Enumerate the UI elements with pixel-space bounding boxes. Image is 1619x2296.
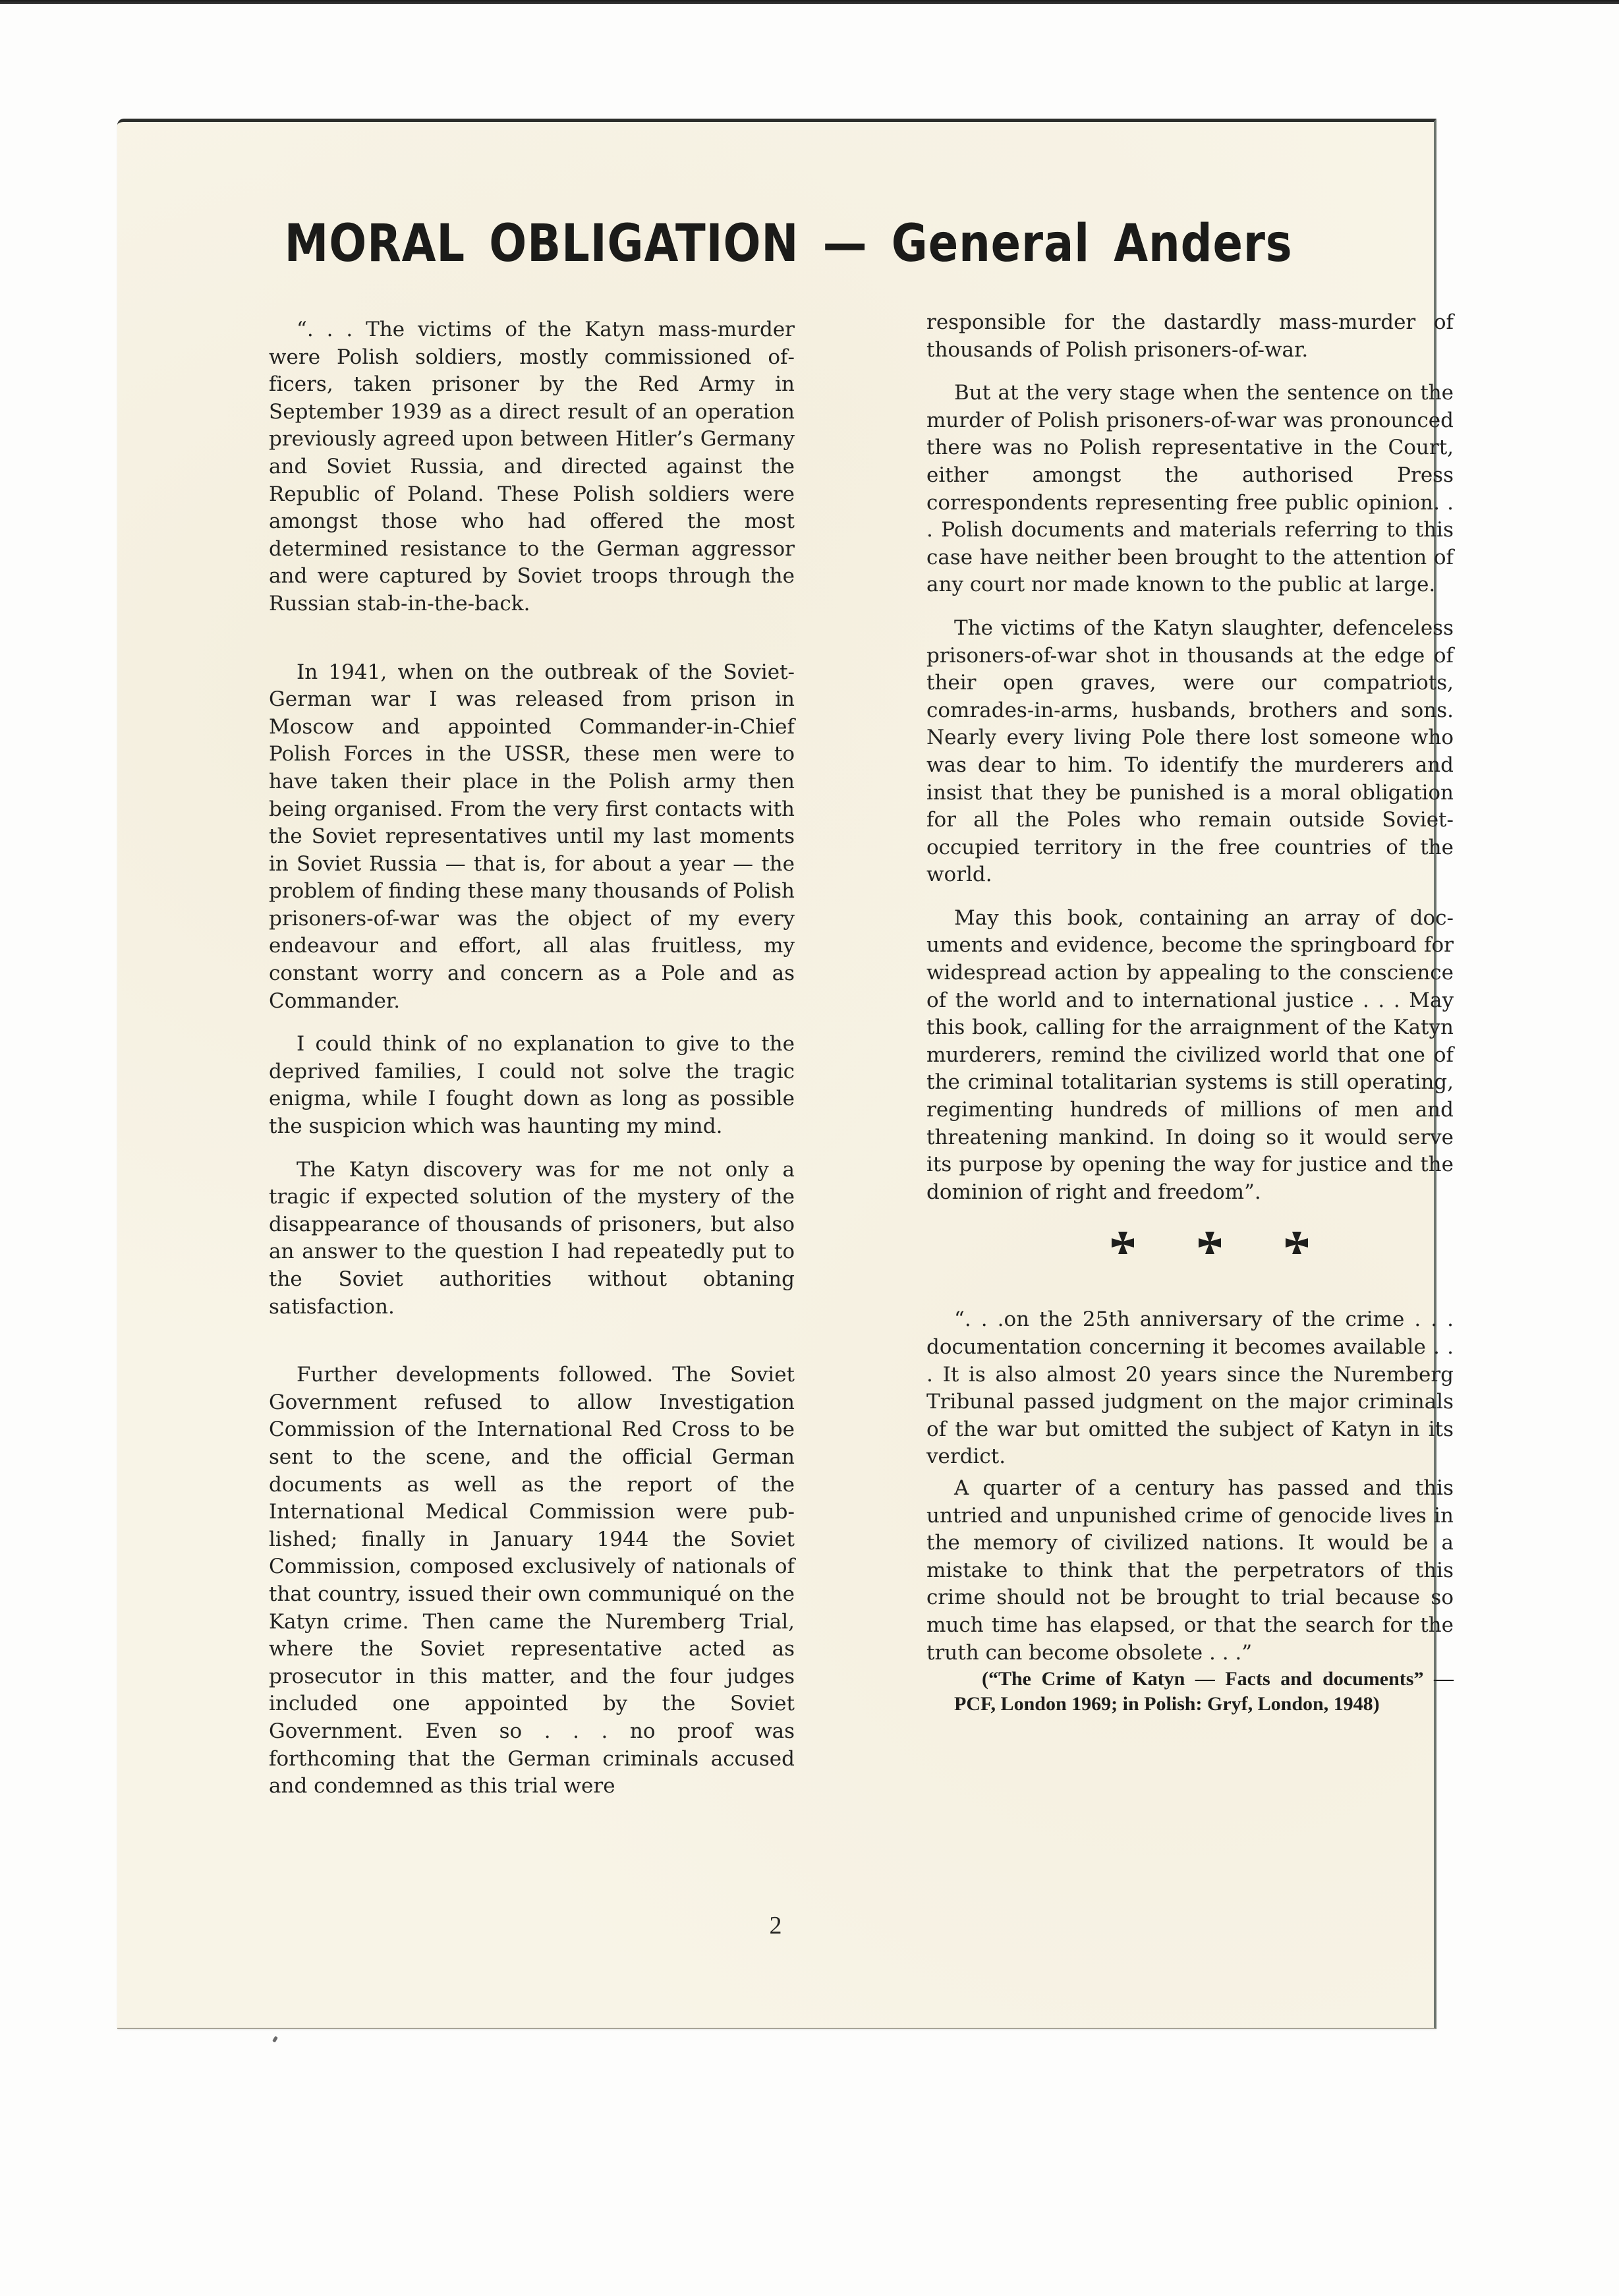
section-separator bbox=[926, 1231, 1454, 1255]
paragraph-sentence: But at the very stage when the sentence … bbox=[926, 380, 1454, 599]
right-column: responsible for the dastardly mass-murde… bbox=[926, 309, 1454, 1717]
paragraph-quarter-century: A quarter of a century has passed and th… bbox=[926, 1475, 1454, 1667]
paragraph-may-this-book: May this book, containing an array of do… bbox=[926, 905, 1454, 1207]
scan-edge bbox=[0, 0, 1619, 4]
cross-pattee-icon bbox=[1285, 1231, 1309, 1255]
paragraph-katyn-discovery: The Katyn discovery was for me not only … bbox=[269, 1157, 795, 1321]
paragraph-no-explanation: I could think of no explanation to give … bbox=[269, 1031, 795, 1140]
left-column: “. . . The victims of the Katyn mass-mur… bbox=[269, 316, 795, 1800]
paragraph-further-developments: Further developments followed. The Sovie… bbox=[269, 1362, 795, 1800]
citation: (“The Crime of Katyn — Facts and documen… bbox=[926, 1667, 1454, 1717]
page-number: 2 bbox=[117, 1911, 1434, 1940]
document-page: MORAL OBLIGATION — General Anders “. . .… bbox=[117, 119, 1436, 2029]
paragraph-katyn-victims: The victims of the Katyn slaughter, def­… bbox=[926, 615, 1454, 889]
paragraph-1941: In 1941, when on the outbreak of the Sov… bbox=[269, 659, 795, 1016]
paragraph-continuation: responsible for the dastardly mass-murde… bbox=[926, 309, 1454, 364]
cross-pattee-icon bbox=[1111, 1231, 1135, 1255]
page-title: MORAL OBLIGATION — General Anders bbox=[222, 214, 1354, 273]
scan-speck bbox=[272, 2036, 278, 2042]
paragraph-victims: “. . . The victims of the Katyn mass-mur… bbox=[269, 316, 795, 618]
paragraph-anniversary: “. . .on the 25th anniversary of the cri… bbox=[926, 1306, 1454, 1471]
cross-pattee-icon bbox=[1198, 1231, 1222, 1255]
